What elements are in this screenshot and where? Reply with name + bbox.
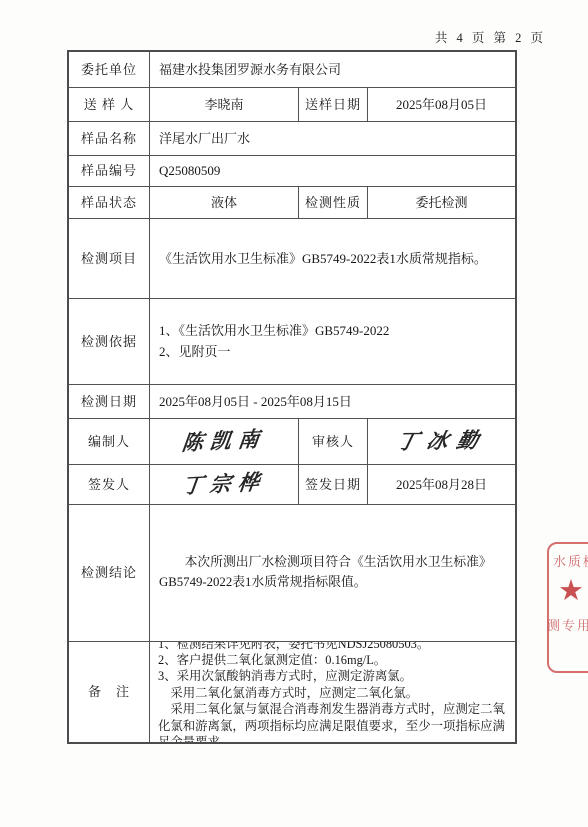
handwritten-signature: 丁宗桦 bbox=[180, 468, 267, 501]
field-label-sample-number: 样品编号 bbox=[69, 156, 149, 186]
field-value-sample-state: 液体 bbox=[149, 187, 298, 218]
field-label-conclusion: 检测结论 bbox=[69, 505, 149, 641]
remark-line: 3、采用次氯酸钠消毒方式时，应测定游离氯。 bbox=[158, 668, 412, 684]
reviewer-signature: 丁冰勤 bbox=[367, 419, 515, 464]
handwritten-signature: 陈凯南 bbox=[180, 425, 267, 458]
field-value-test-items: 《生活饮用水卫生标准》GB5749-2022表1水质常规指标。 bbox=[149, 219, 515, 298]
test-basis-line-2: 2、见附页一 bbox=[159, 342, 231, 363]
preparer-signature: 陈凯南 bbox=[149, 419, 298, 464]
seal-text-bottom: 测专用章 bbox=[547, 615, 588, 634]
field-value-test-basis: 1、《生活饮用水卫生标准》GB5749-2022 2、见附页一 bbox=[149, 299, 515, 384]
field-label-preparer: 编制人 bbox=[69, 419, 149, 464]
remark-line: 2、客户提供二氧化氯测定值：0.16mg/L。 bbox=[158, 652, 386, 668]
field-value-test-date: 2025年08月05日 - 2025年08月15日 bbox=[149, 385, 515, 418]
field-value-remarks: 1、检测结果详见附表，委托书见NDSJ25080503。 2、客户提供二氧化氯测… bbox=[149, 642, 515, 742]
field-label-sample-state: 样品状态 bbox=[69, 187, 149, 218]
report-form-table: 委托单位 福建水投集团罗源水务有限公司 送 样 人 李晓南 送样日期 2025年… bbox=[67, 50, 517, 744]
field-label-sample-name: 样品名称 bbox=[69, 122, 149, 155]
remark-line: 1、检测结果详见附表，委托书见NDSJ25080503。 bbox=[158, 642, 429, 652]
field-label-test-basis: 检测依据 bbox=[69, 299, 149, 384]
seal-text-top: 水质检验 bbox=[553, 551, 588, 570]
field-value-commission-unit: 福建水投集团罗源水务有限公司 bbox=[149, 52, 515, 87]
conclusion-text: 本次所测出厂水检测项目符合《生活饮用水卫生标准》GB5749-2022表1水质常… bbox=[159, 553, 506, 593]
field-value-sample-name: 洋尾水厂出厂水 bbox=[149, 122, 515, 155]
table-row: 编制人 陈凯南 审核人 丁冰勤 bbox=[69, 418, 515, 464]
table-row: 签发人 丁宗桦 签发日期 2025年08月28日 bbox=[69, 464, 515, 504]
test-basis-line-1: 1、《生活饮用水卫生标准》GB5749-2022 bbox=[159, 321, 389, 342]
remark-line: 采用二氧化氯与氯混合消毒剂发生器消毒方式时，应测定二氧化氯和游离氯，两项指标均应… bbox=[158, 701, 507, 742]
field-label-test-nature: 检测性质 bbox=[298, 187, 367, 218]
table-row: 检测依据 1、《生活饮用水卫生标准》GB5749-2022 2、见附页一 bbox=[69, 298, 515, 384]
table-row: 检测项目 《生活饮用水卫生标准》GB5749-2022表1水质常规指标。 bbox=[69, 218, 515, 298]
field-label-issue-date: 签发日期 bbox=[298, 465, 367, 504]
field-label-test-items: 检测项目 bbox=[69, 219, 149, 298]
handwritten-signature: 丁冰勤 bbox=[393, 426, 490, 456]
table-row: 样品编号 Q25080509 bbox=[69, 155, 515, 186]
field-value-sample-date: 2025年08月05日 bbox=[367, 88, 515, 121]
field-value-sample-number: Q25080509 bbox=[149, 156, 515, 186]
remark-line: 采用二氧化氯消毒方式时，应测定二氧化氯。 bbox=[158, 685, 418, 701]
table-row: 样品名称 洋尾水厂出厂水 bbox=[69, 121, 515, 155]
field-value-sample-sender: 李晓南 bbox=[149, 88, 298, 121]
table-row: 样品状态 液体 检测性质 委托检测 bbox=[69, 186, 515, 218]
field-label-reviewer: 审核人 bbox=[298, 419, 367, 464]
page-number: 共 4 页 第 2 页 bbox=[435, 28, 546, 46]
table-row: 委托单位 福建水投集团罗源水务有限公司 bbox=[69, 52, 515, 87]
field-label-remarks: 备 注 bbox=[69, 642, 149, 742]
field-label-sample-sender: 送 样 人 bbox=[69, 88, 149, 121]
field-value-issue-date: 2025年08月28日 bbox=[367, 465, 515, 504]
field-label-test-date: 检测日期 bbox=[69, 385, 149, 418]
table-row: 检测日期 2025年08月05日 - 2025年08月15日 bbox=[69, 384, 515, 418]
field-value-test-nature: 委托检测 bbox=[367, 187, 515, 218]
field-label-issuer: 签发人 bbox=[69, 465, 149, 504]
issuer-signature: 丁宗桦 bbox=[149, 465, 298, 504]
table-row: 备 注 1、检测结果详见附表，委托书见NDSJ25080503。 2、客户提供二… bbox=[69, 641, 515, 742]
field-label-sample-date: 送样日期 bbox=[298, 88, 367, 121]
table-row: 送 样 人 李晓南 送样日期 2025年08月05日 bbox=[69, 87, 515, 121]
red-seal-stamp: 水质检验 ★ 测专用章 bbox=[547, 542, 588, 682]
star-icon: ★ bbox=[558, 577, 584, 606]
field-value-conclusion: 本次所测出厂水检测项目符合《生活饮用水卫生标准》GB5749-2022表1水质常… bbox=[149, 505, 515, 641]
red-seal-border: 水质检验 ★ 测专用章 bbox=[547, 542, 588, 673]
table-row: 检测结论 本次所测出厂水检测项目符合《生活饮用水卫生标准》GB5749-2022… bbox=[69, 504, 515, 641]
scanned-report-page: 共 4 页 第 2 页 委托单位 福建水投集团罗源水务有限公司 送 样 人 李晓… bbox=[0, 0, 588, 827]
field-label-commission-unit: 委托单位 bbox=[69, 52, 149, 87]
